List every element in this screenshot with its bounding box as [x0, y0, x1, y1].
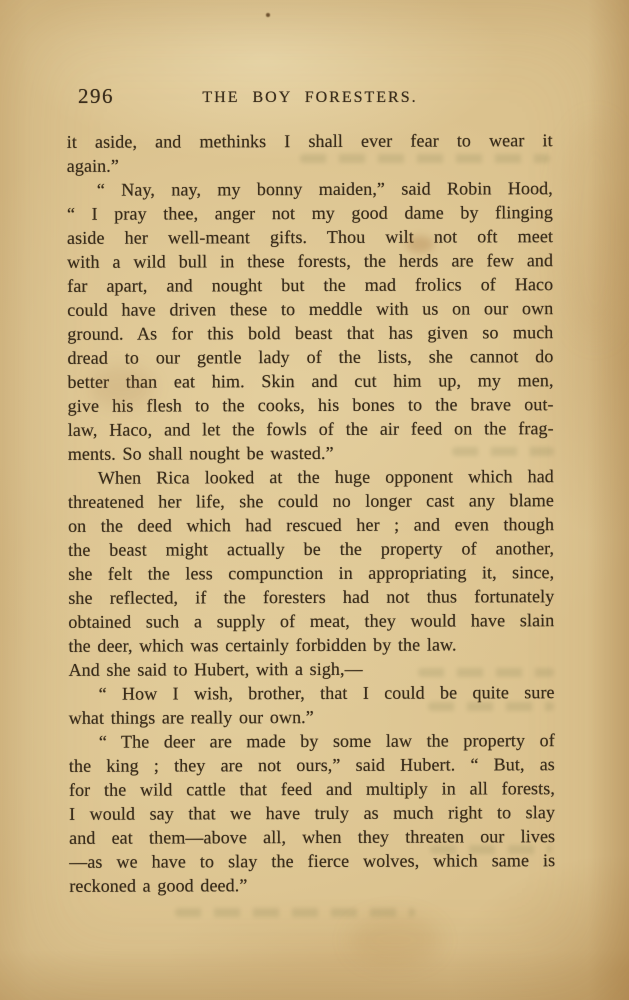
text-line: for the wild cattle that feed and multip… [69, 776, 555, 802]
text-line: “ I pray thee, anger not my good dame by… [67, 200, 553, 226]
text-line: obtained such a supply of meat, they wou… [68, 608, 554, 634]
book-page: 296 THE BOY FORESTERS. it aside, and met… [0, 0, 629, 1000]
show-through-smudge [428, 702, 554, 711]
page-text: it aside, and methinks I shall ever fear… [67, 128, 556, 898]
show-through-smudge [430, 845, 552, 854]
paper-stain [350, 915, 440, 965]
text-line: “ Nay, nay, my bonny maiden,” said Robin… [67, 176, 553, 202]
text-line: the king ; they are not ours,” said Hube… [69, 752, 555, 778]
text-line: she felt the less compunction in appropr… [68, 560, 554, 586]
text-line: it aside, and methinks I shall ever fear… [67, 128, 553, 154]
text-line: aside her well-meant gifts. Thou wilt no… [67, 224, 553, 250]
text-line: law, Haco, and let the fowls of the air … [68, 416, 554, 442]
text-line: dread to our gentle lady of the lists, s… [67, 344, 553, 370]
show-through-smudge [300, 154, 550, 163]
text-line: on the deed which had rescued her ; and … [68, 512, 554, 538]
text-line: the deer, which was certainly forbidden … [68, 632, 554, 658]
text-line: the beast might actually be the property… [68, 536, 554, 562]
text-line: “ The deer are made by some law the prop… [69, 728, 555, 754]
paper-stain [560, 120, 629, 340]
text-line: with a wild bull in these forests, the h… [67, 248, 553, 274]
text-line: threatened her life, she could no longer… [68, 488, 554, 514]
ink-speck [266, 13, 270, 17]
text-line: ground. As for this bold beast that has … [67, 320, 553, 346]
text-line: she reflected, if the foresters had not … [68, 584, 554, 610]
paper-stain [90, 366, 154, 408]
show-through-smudge [418, 668, 554, 677]
text-line: When Rica looked at the huge opponent wh… [68, 464, 554, 490]
page-number: 296 [78, 84, 114, 109]
paper-stain [406, 236, 434, 253]
text-line: I would say that we have truly as much r… [69, 800, 555, 826]
running-header: THE BOY FORESTERS. [202, 89, 417, 107]
text-line: reckoned a good deed.” [69, 872, 555, 898]
text-line: far apart, and nought but the mad frolic… [67, 272, 553, 298]
text-line: could have driven these to meddle with u… [67, 296, 553, 322]
show-through-smudge [452, 447, 554, 456]
